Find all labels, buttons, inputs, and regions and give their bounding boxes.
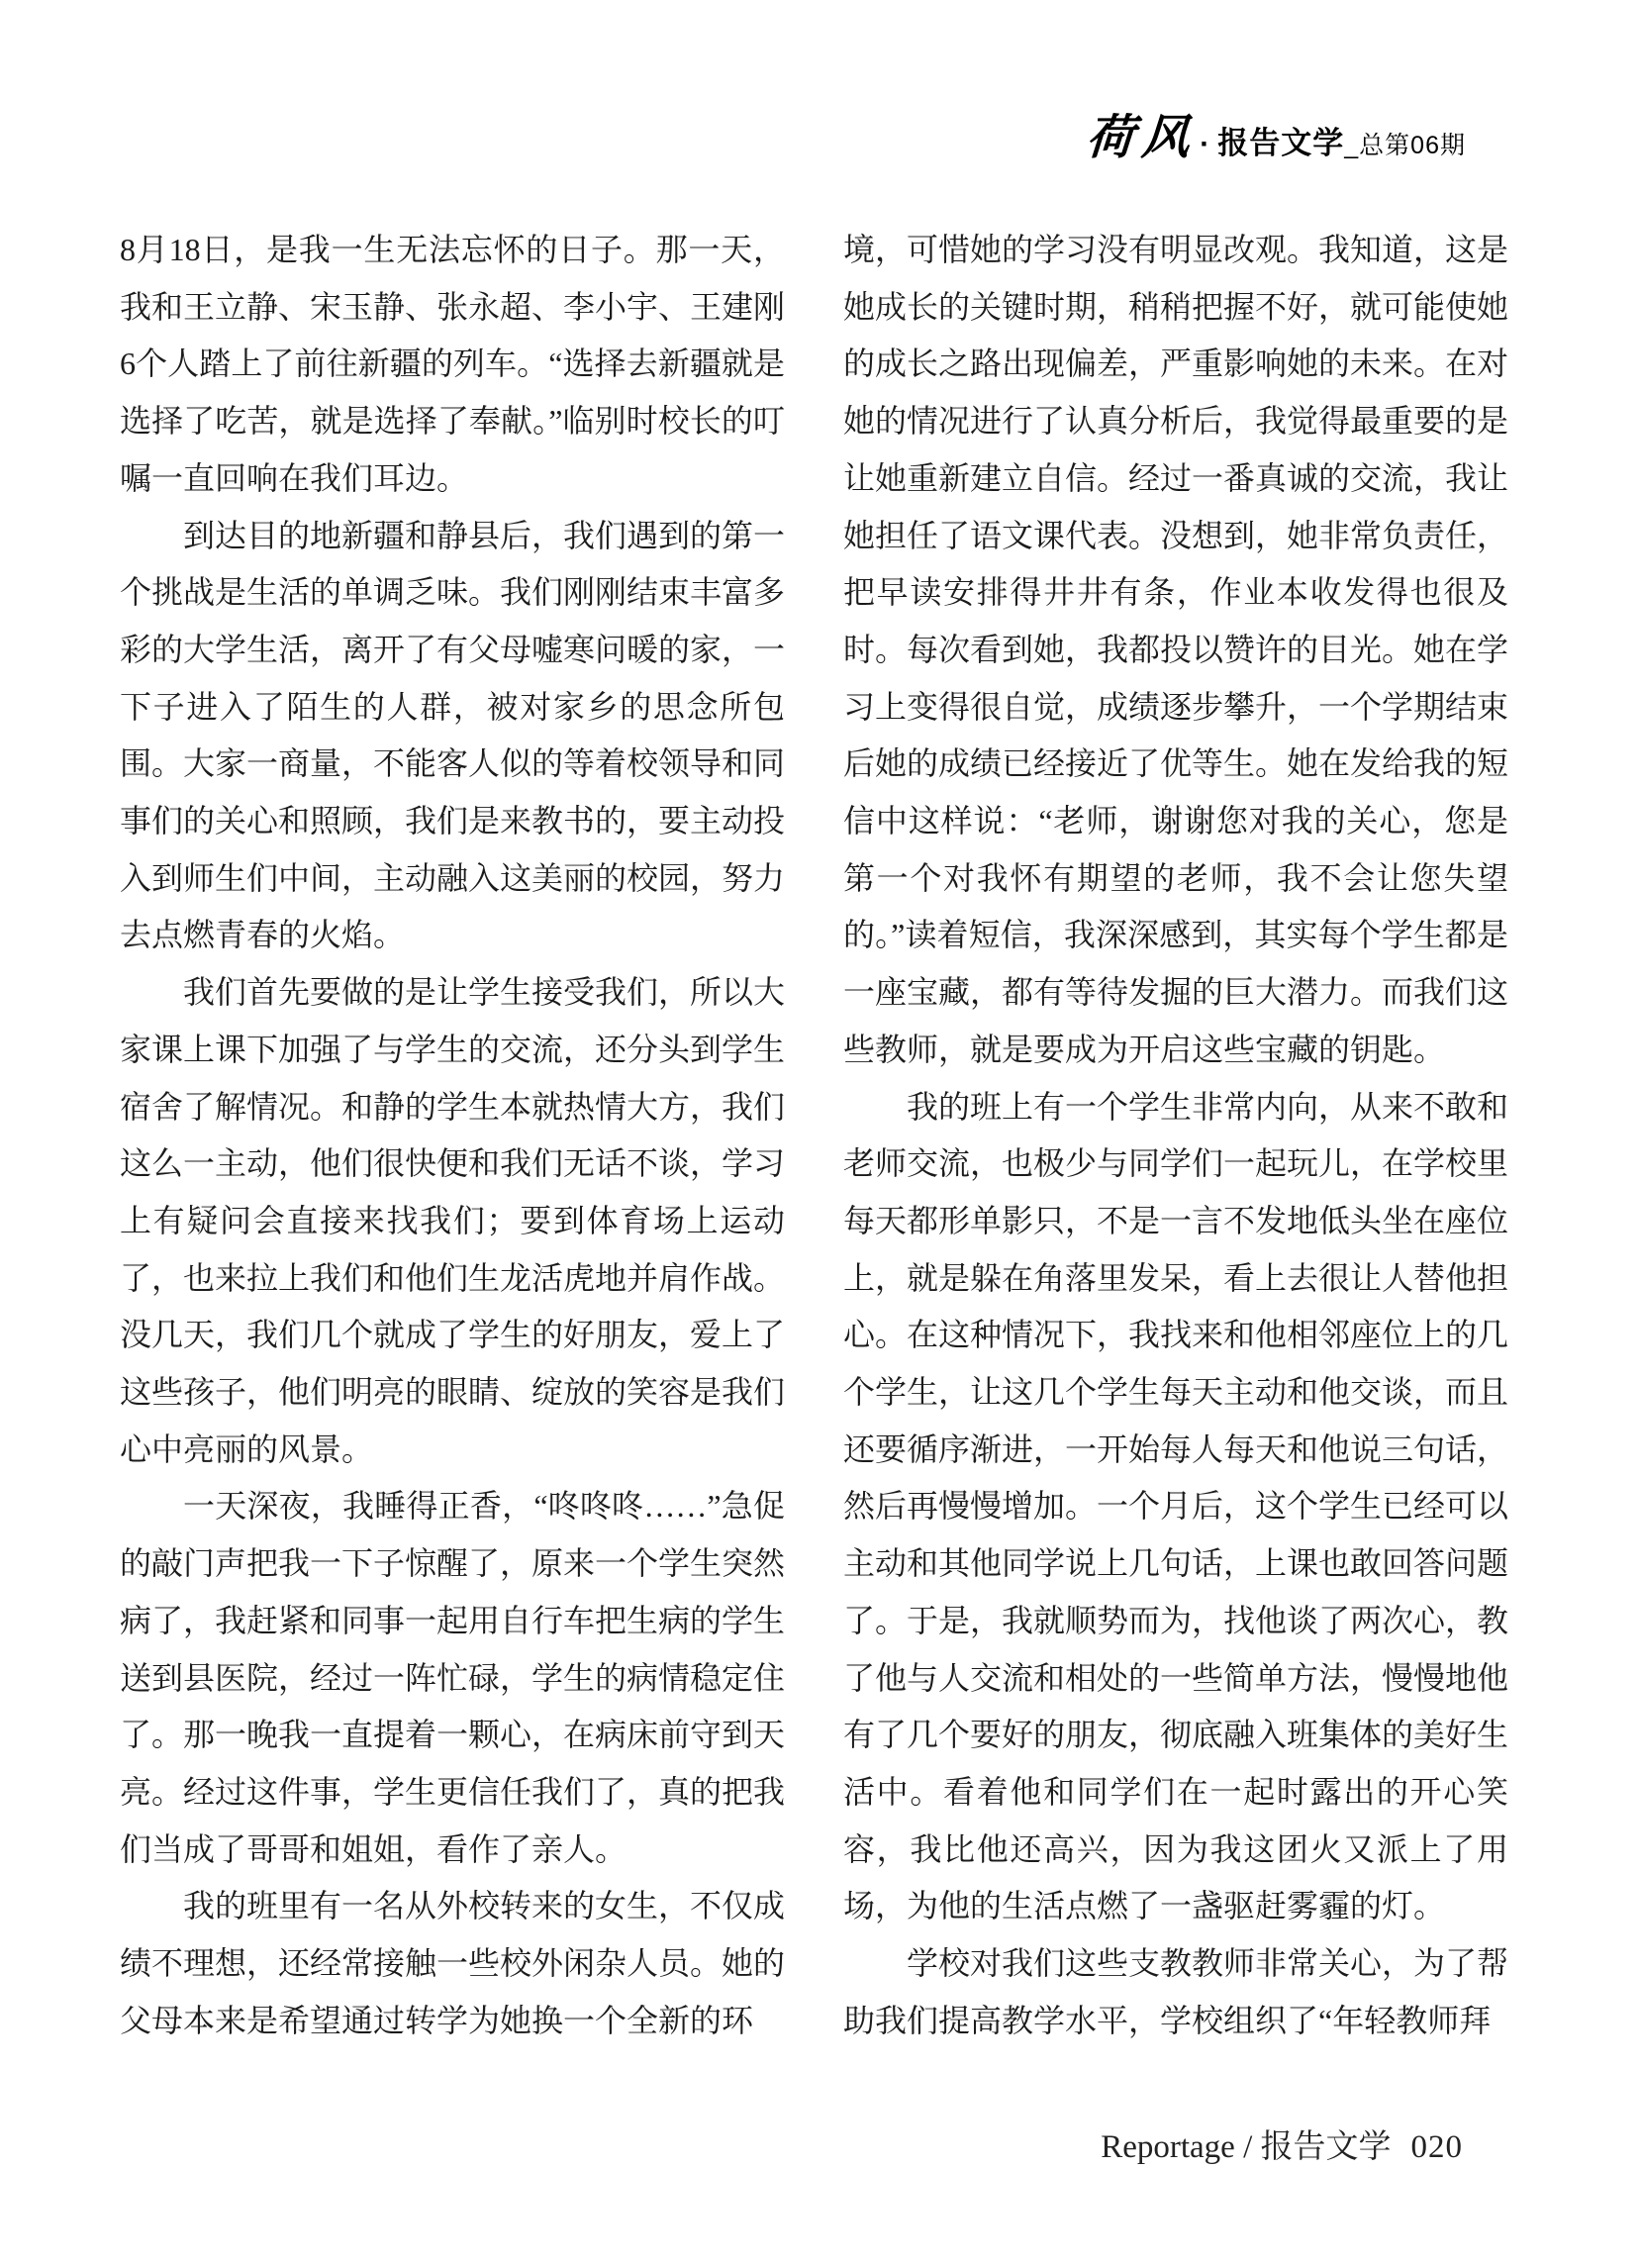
left-text-column: 8月18日，是我一生无法忘怀的日子。那一天，我和王立静、宋玉静、张永超、李小宇、… <box>120 222 785 2050</box>
header-separator-dot: · <box>1200 128 1209 161</box>
paragraph-segment: 我的班里有一名从外校转来的女生，不仅成绩不理想，还经常接触一些校外闲杂人员。她的… <box>120 1878 785 2049</box>
page-number: 020 <box>1411 2129 1464 2165</box>
right-text-column: 境，可惜她的学习没有明显改观。我知道，这是她成长的关键时期，稍稍把握不好，就可能… <box>843 222 1508 2050</box>
issue-number: _总第06期 <box>1344 126 1466 161</box>
page-footer: Reportage / 报告文学020 <box>1101 2120 1463 2167</box>
paragraph-segment: 境，可惜她的学习没有明显改观。我知道，这是她成长的关键时期，稍稍把握不好，就可能… <box>843 222 1508 1079</box>
running-header: 荷风 · 报告文学 _总第06期 <box>1087 99 1466 167</box>
footer-section-label-zh: 报告文学 <box>1261 2129 1392 2165</box>
paragraph-segment: 一天深夜，我睡得正香，“咚咚咚……”急促的敲门声把我一下子惊醒了，原来一个学生突… <box>120 1478 785 1878</box>
paragraph-segment: 8月18日，是我一生无法忘怀的日子。那一天，我和王立静、宋玉静、张永超、李小宇、… <box>120 222 785 508</box>
section-title: 报告文学 <box>1217 118 1344 162</box>
magazine-page: { "header": { "brand_script": "荷风", "sep… <box>0 0 1640 2268</box>
footer-slash: / <box>1235 2129 1261 2165</box>
paragraph-segment: 到达目的地新疆和静县后，我们遇到的第一个挑战是生活的单调乏味。我们刚刚结束丰富多… <box>120 508 785 965</box>
paragraph-segment: 我们首先要做的是让学生接受我们，所以大家课上课下加强了与学生的交流，还分头到学生… <box>120 964 785 1478</box>
footer-section-label-en: Reportage <box>1101 2129 1235 2165</box>
paragraph-segment: 我的班上有一个学生非常内向，从来不敢和老师交流，也极少与同学们一起玩儿，在学校里… <box>843 1079 1508 1936</box>
paragraph-segment: 学校对我们这些支教教师非常关心，为了帮助我们提高教学水平，学校组织了“年轻教师拜 <box>843 1935 1508 2049</box>
magazine-brand-logo: 荷风 <box>1085 99 1201 167</box>
